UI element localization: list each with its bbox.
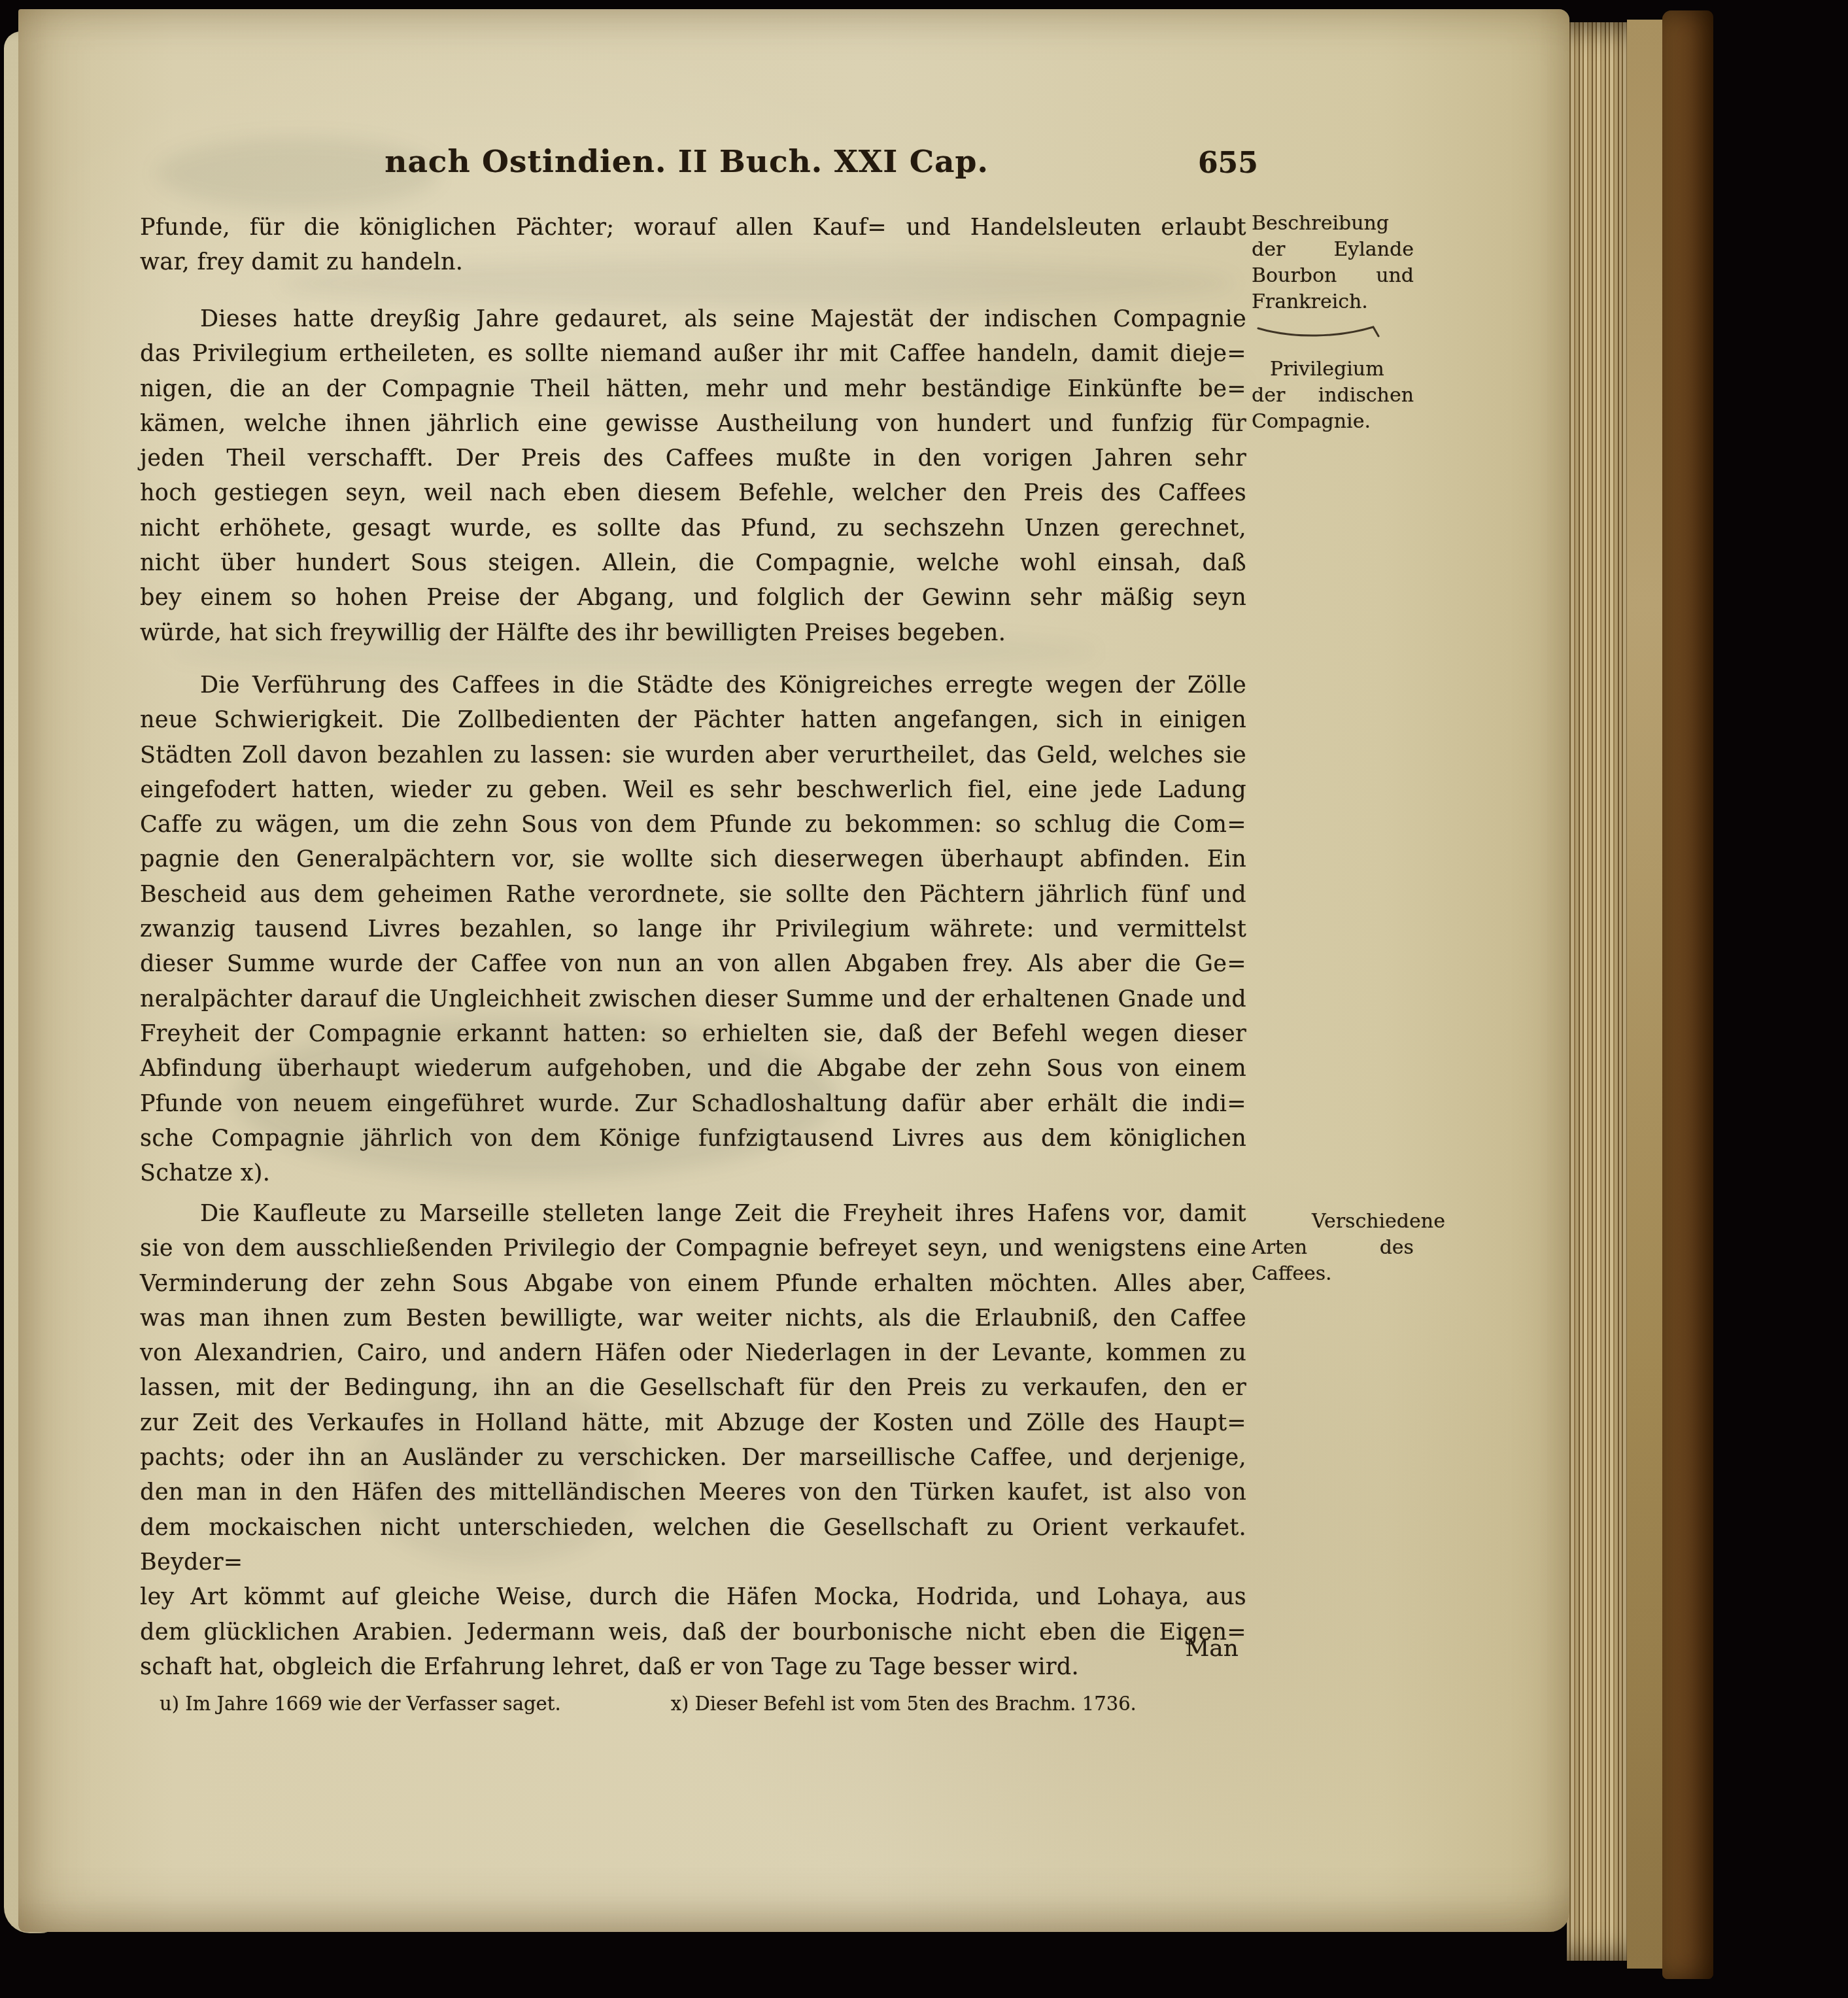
text-line: Abfindung überhaupt wiederum aufgehoben,… [140, 1052, 1246, 1086]
text-line: Dieses hatte dreyßig Jahre gedauret, als… [140, 302, 1246, 337]
text-line: eingefodert hatten, wieder zu geben. Wei… [140, 773, 1246, 808]
page-number: 655 [1198, 146, 1258, 180]
text-line: nicht erhöhete, gesagt wurde, es sollte … [140, 511, 1246, 546]
scan-background: nach Ostindien. II Buch. XXI Cap. 655 Pf… [0, 0, 1848, 1998]
text-line: der indischen [1252, 383, 1414, 409]
text-line: dem mockaischen nicht unterschieden, wel… [140, 1511, 1246, 1581]
text-line: Compagnie. [1252, 409, 1414, 435]
text-line: hoch gestiegen seyn, weil nach eben dies… [140, 476, 1246, 511]
text-line: Beschreibung [1252, 211, 1414, 237]
text-line: Verschiedene [1252, 1209, 1414, 1235]
margin-note-bourbon: Beschreibungder EylandeBourbon undFrankr… [1252, 211, 1414, 315]
margin-brace-icon [1254, 322, 1385, 341]
footnote-text: Dieser Befehl ist vom 5ten des Brachm. 1… [695, 1693, 1137, 1715]
text-line: Caffees. [1252, 1261, 1414, 1287]
text-line: jeden Theil verschafft. Der Preis des Ca… [140, 441, 1246, 476]
body-paragraph-1: Pfunde, für die königlichen Pächter; wor… [140, 211, 1246, 281]
text-line: Städten Zoll davon bezahlen zu lassen: s… [140, 738, 1246, 773]
text-line: würde, hat sich freywillig der Hälfte de… [140, 616, 1246, 651]
footnote-marker: x) [671, 1693, 689, 1715]
text-line: Caffe zu wägen, um die zehn Sous von dem… [140, 808, 1246, 842]
text-line: Pfunde von neuem eingeführet wurde. Zur … [140, 1087, 1246, 1122]
text-line: Privilegium [1252, 356, 1414, 383]
text-line: bey einem so hohen Preise der Abgang, un… [140, 581, 1246, 615]
footnote-u: u) Im Jahre 1669 wie der Verfasser saget… [160, 1691, 561, 1716]
text-line: Pfunde, für die königlichen Pächter; wor… [140, 211, 1246, 245]
text-line: Die Verführung des Caffees in die Städte… [140, 668, 1246, 703]
margin-note-caffee-arten: VerschiedeneArten desCaffees. [1252, 1209, 1414, 1287]
footnote-text: Im Jahre 1669 wie der Verfasser saget. [185, 1693, 560, 1715]
text-line: sie von dem ausschließenden Privilegio d… [140, 1232, 1246, 1266]
text-line: der Eylande [1252, 237, 1414, 263]
margin-note-privilegium: Privilegiumder indischenCompagnie. [1252, 356, 1414, 435]
text-line: lassen, mit der Bedingung, ihn an die Ge… [140, 1371, 1246, 1405]
text-line: neralpächter darauf die Ungleichheit zwi… [140, 982, 1246, 1017]
text-line: zur Zeit des Verkaufes in Holland hätte,… [140, 1406, 1246, 1441]
text-line: nicht über hundert Sous steigen. Allein,… [140, 546, 1246, 581]
text-line: was man ihnen zum Besten bewilligte, war… [140, 1301, 1246, 1336]
text-line: zwanzig tausend Livres bezahlen, so lang… [140, 912, 1246, 947]
running-header: nach Ostindien. II Buch. XXI Cap. [327, 144, 1046, 180]
text-line: sche Compagnie jährlich von dem Könige f… [140, 1122, 1246, 1156]
text-line: das Privilegium ertheileten, es sollte n… [140, 337, 1246, 371]
text-line: Arten des [1252, 1235, 1414, 1261]
footnote-row: u) Im Jahre 1669 wie der Verfasser saget… [160, 1691, 1258, 1716]
footnote-x: x) Dieser Befehl ist vom 5ten des Brachm… [671, 1691, 1137, 1716]
text-line: kämen, welche ihnen jährlich eine gewiss… [140, 407, 1246, 441]
text-line: Verminderung der zehn Sous Abgabe von ei… [140, 1267, 1246, 1301]
text-line: ley Art kömmt auf gleiche Weise, durch d… [140, 1580, 1246, 1615]
text-line: Die Kaufleute zu Marseille stelleten lan… [140, 1197, 1246, 1232]
leather-cover-edge [1662, 10, 1713, 1979]
fore-edge-pages [1567, 22, 1627, 1961]
text-line: pagnie den Generalpächtern vor, sie woll… [140, 842, 1246, 877]
book-board-edge [1627, 20, 1662, 1969]
text-line: von Alexandrien, Cairo, und andern Häfen… [140, 1336, 1246, 1371]
footnote-marker: u) [160, 1693, 179, 1715]
catchword: Man [140, 1635, 1252, 1662]
body-paragraph-3: Die Verführung des Caffees in die Städte… [140, 668, 1246, 1191]
text-line: den man in den Häfen des mittelländische… [140, 1475, 1246, 1510]
text-line: neue Schwierigkeit. Die Zollbedienten de… [140, 703, 1246, 738]
body-paragraph-4: Die Kaufleute zu Marseille stelleten lan… [140, 1197, 1246, 1685]
text-line: war, frey damit zu handeln. [140, 245, 1246, 280]
text-line: Bourbon und [1252, 263, 1414, 289]
text-line: nigen, die an der Compagnie Theil hätten… [140, 372, 1246, 407]
text-line: Bescheid aus dem geheimen Rathe verordne… [140, 878, 1246, 912]
text-line: pachts; oder ihn an Ausländer zu verschi… [140, 1441, 1246, 1475]
text-line: Schatze x). [140, 1156, 1246, 1191]
text-line: Frankreich. [1252, 289, 1414, 315]
text-line: Freyheit der Compagnie erkannt hatten: s… [140, 1017, 1246, 1052]
text-line: dieser Summe wurde der Caffee von nun an… [140, 947, 1246, 982]
body-paragraph-2: Dieses hatte dreyßig Jahre gedauret, als… [140, 302, 1246, 651]
